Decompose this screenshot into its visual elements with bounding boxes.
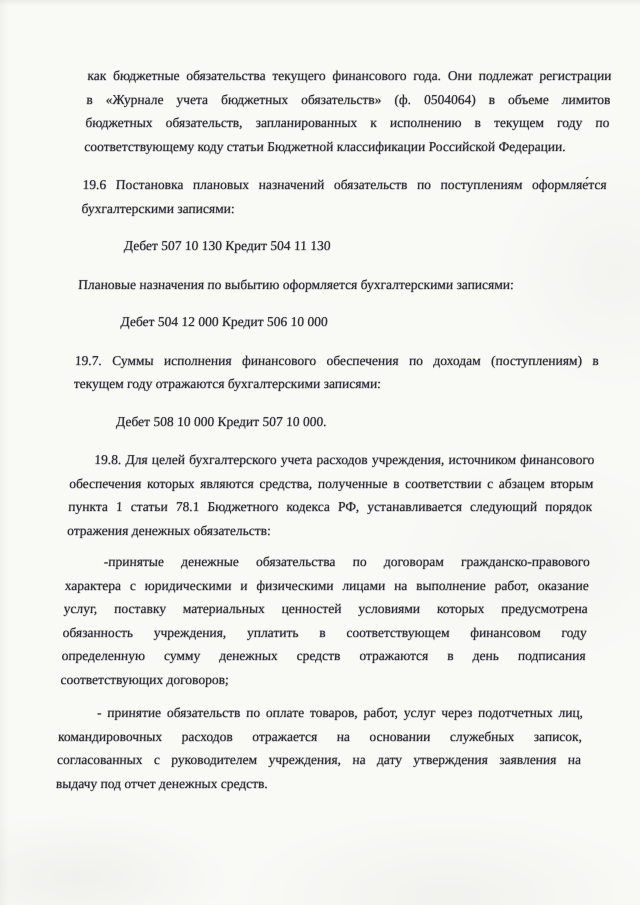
section-19-7: 19.7. Суммы исполнения финансового обесп… [73, 349, 599, 396]
section-19-6: 19.6 Постановка плановых назначений обяз… [81, 173, 607, 220]
text-line: определенную сумму денежных средств отра… [61, 644, 586, 668]
text-line: как бюджетные обязательства текущего фин… [87, 64, 612, 88]
text-line: -принятые денежные обязательства по дого… [65, 550, 590, 574]
accounting-entry-line: Дебет 504 12 000 Кредит 506 10 000 [76, 310, 601, 334]
text-line: командировочных расходов отражается на о… [58, 725, 583, 749]
paragraph-continuation: как бюджетные обязательства текущего фин… [84, 64, 612, 158]
text-line: отражения денежных обязательств: [67, 519, 592, 543]
text-line: пункта 1 статьи 78.1 Бюджетного кодекса … [68, 495, 593, 519]
text-line: бухгалтерскими записями: [81, 197, 606, 221]
text-line: 19.6 Постановка плановых назначений обяз… [82, 173, 607, 197]
text-line: выдачу под отчет денежных средств. [55, 772, 580, 796]
dash-item-payment-obligations: - принятие обязательств по оплате товаро… [55, 701, 583, 795]
text-line: соответствующему коду статьи Бюджетной к… [84, 135, 609, 159]
text-line: обеспечения которых являются средства, п… [69, 472, 594, 496]
accounting-entry-debet-508: Дебет 508 10 000 Кредит 507 10 000. [72, 410, 597, 434]
accounting-entry-debet-507: Дебет 507 10 130 Кредит 504 11 130 [79, 234, 604, 258]
scanned-document-page: как бюджетные обязательства текущего фин… [0, 0, 640, 905]
text-line: 19.8. Для целей бухгалтерского учета рас… [70, 448, 595, 472]
text-line: - принятие обязательств по оплате товаро… [59, 701, 584, 725]
text-line: в «Журнале учета бюджетных обязательств»… [86, 88, 611, 112]
paragraph-planovye-naznacheniya: Плановые назначения по выбытию оформляет… [78, 273, 603, 297]
accounting-entry-line: Дебет 508 10 000 Кредит 507 10 000. [72, 410, 597, 434]
document-text-block: как бюджетные обязательства текущего фин… [55, 64, 612, 795]
text-line: услуг, поставку материальных ценностей у… [63, 597, 588, 621]
text-line: согласованных с руководителем учреждения… [56, 748, 581, 772]
accounting-entry-debet-504: Дебет 504 12 000 Кредит 506 10 000 [76, 310, 601, 334]
accounting-entry-line: Дебет 507 10 130 Кредит 504 11 130 [79, 234, 604, 258]
text-line: соответствующих договоров; [60, 668, 585, 692]
section-19-8: 19.8. Для целей бухгалтерского учета рас… [67, 448, 595, 542]
dash-item-accepted-obligations: -принятые денежные обязательства по дого… [60, 550, 590, 691]
text-line: обязанность учреждения, уплатить в соотв… [62, 621, 587, 645]
text-line: характера с юридическими и физическими л… [64, 574, 589, 598]
text-line: бюджетных обязательств, запланированных … [85, 111, 610, 135]
text-line: текущем году отражаются бухгалтерскими з… [73, 372, 598, 396]
text-line: Плановые назначения по выбытию оформляет… [78, 273, 603, 297]
text-line: 19.7. Суммы исполнения финансового обесп… [74, 349, 599, 373]
